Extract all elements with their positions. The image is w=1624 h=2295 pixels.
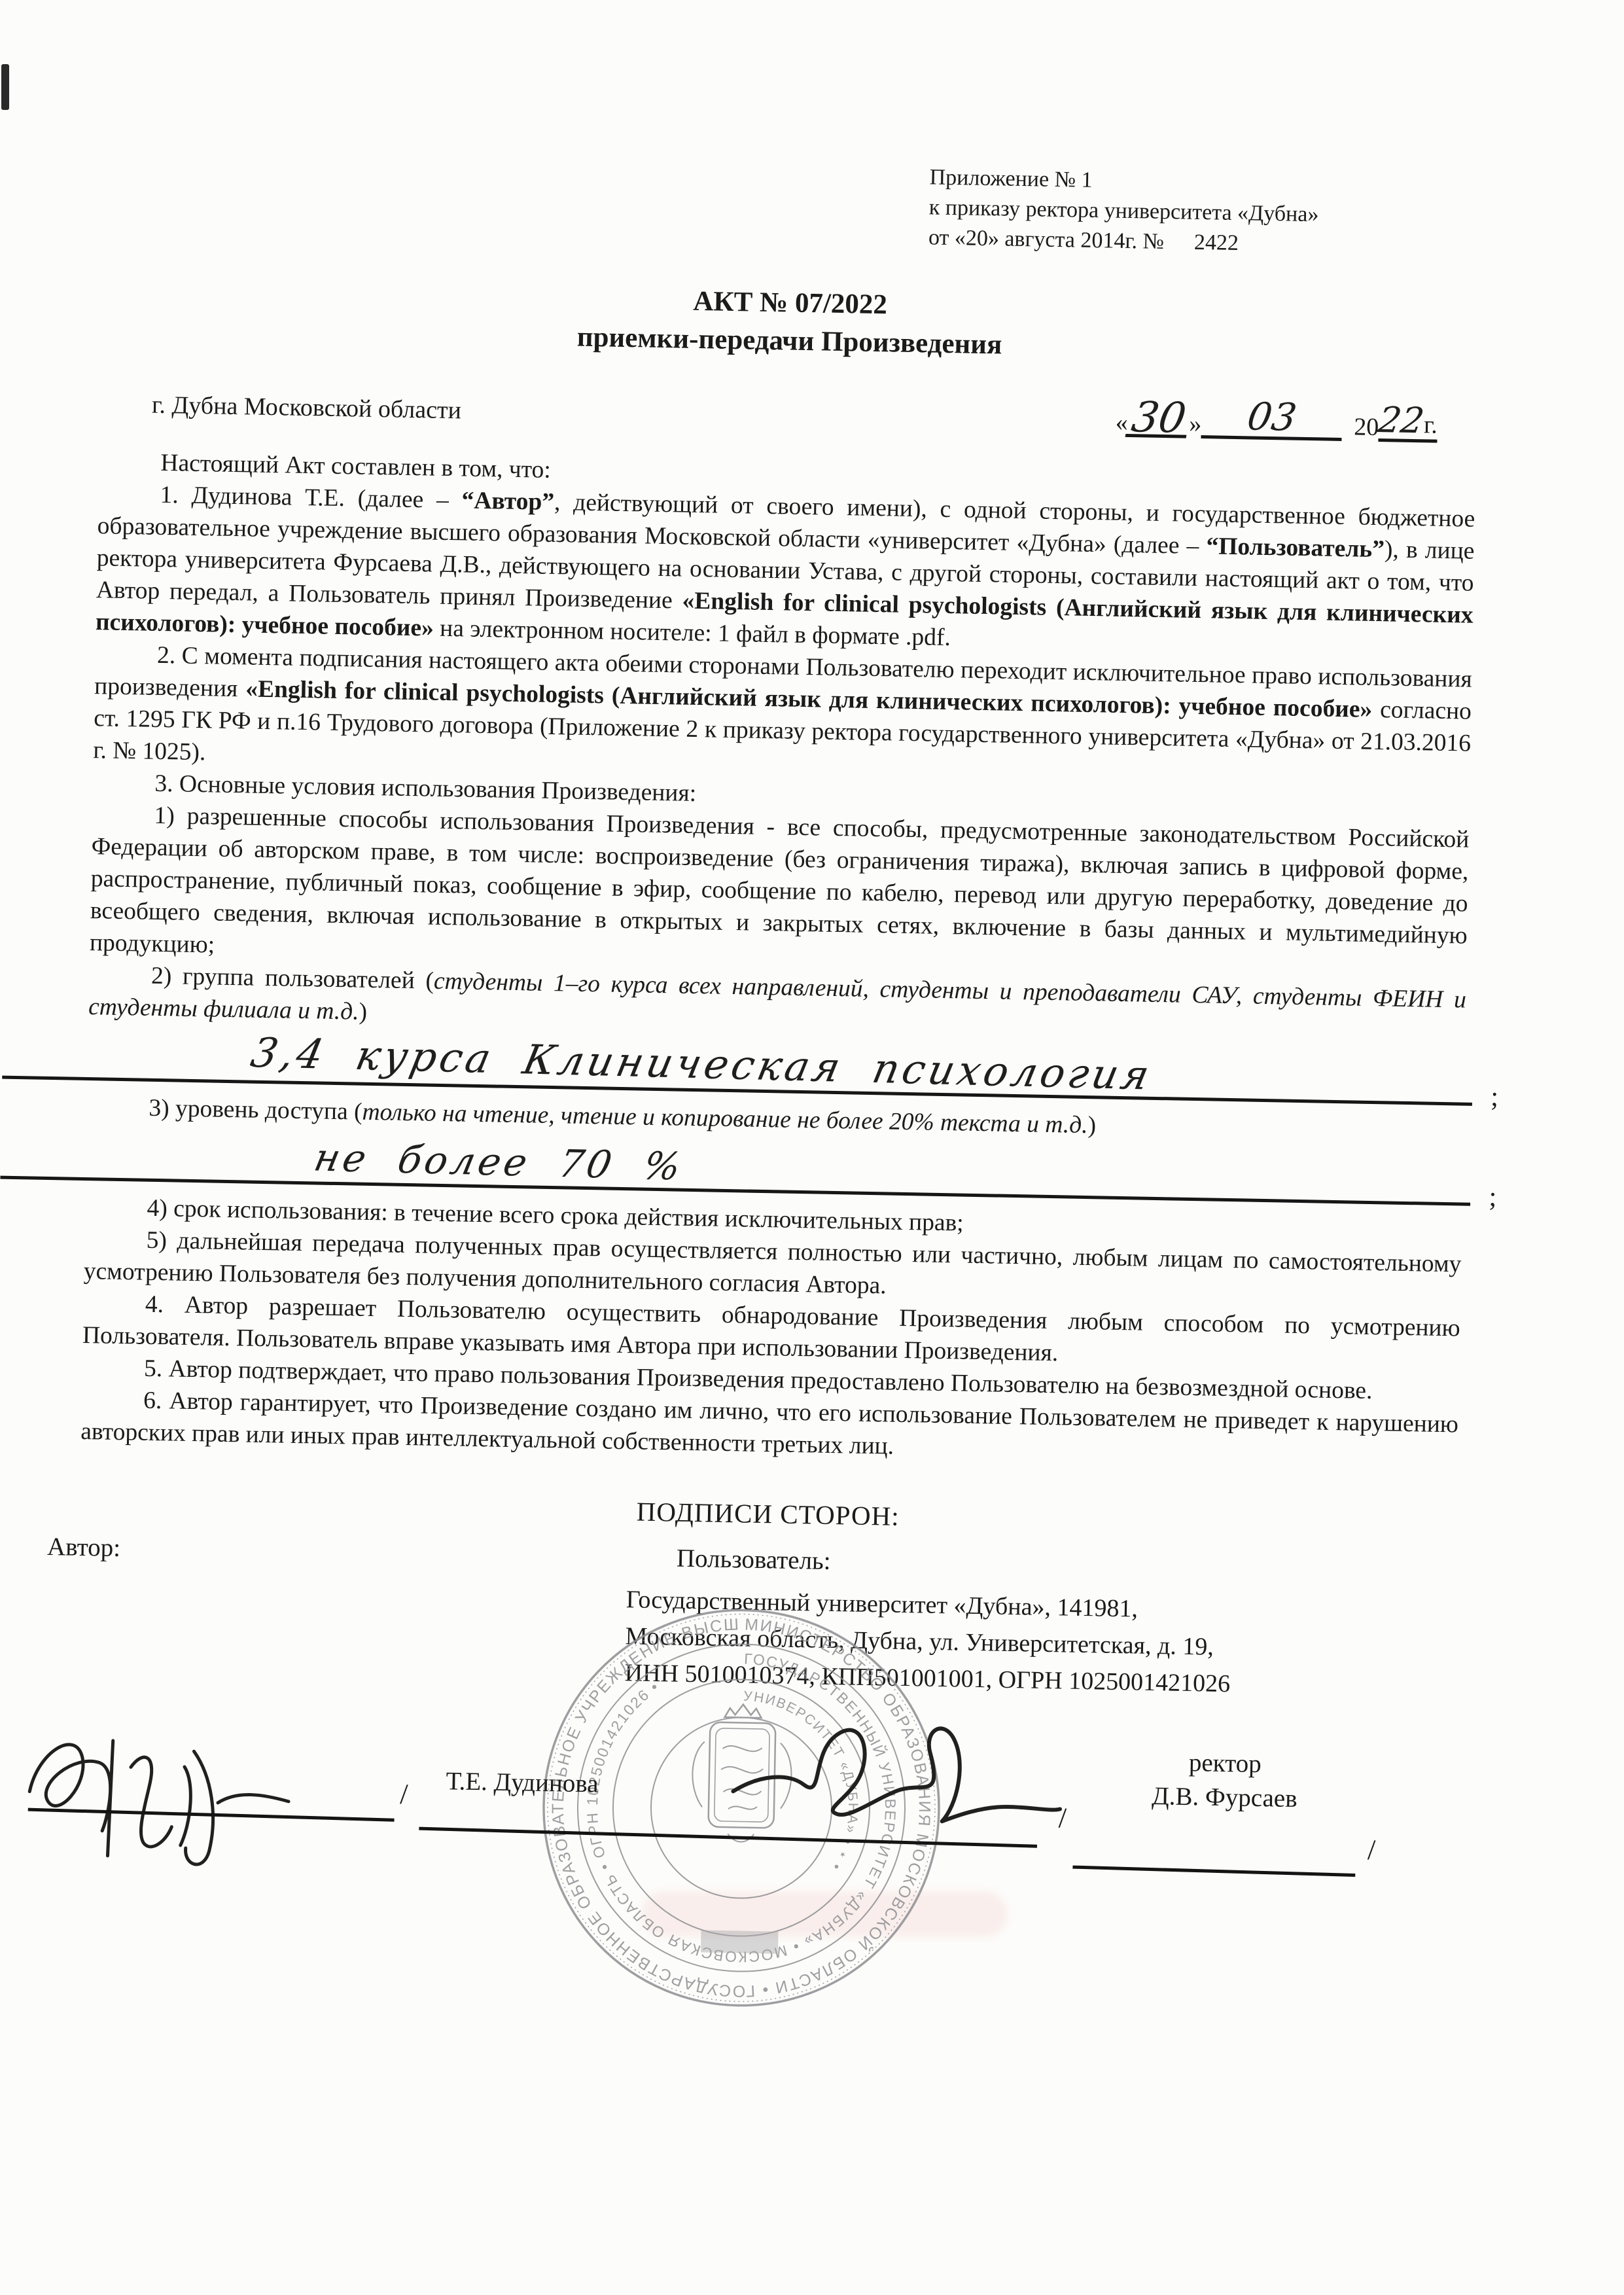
paragraph-1: 1. Дудинова Т.Е. (далее – “Автор”, дейст…: [96, 478, 1475, 664]
rector-name-line: [1072, 1866, 1355, 1877]
author-signature: [16, 1693, 301, 1881]
document-title: АКТ № 07/2022 приемки-передачи Произведе…: [101, 272, 1479, 373]
separator-slash: /: [1058, 1801, 1067, 1834]
order-number: 2422: [1194, 228, 1239, 258]
signature-strip: МИНИСТЕРСТВО ОБРАЗОВАНИЯ МОСКОВСКОЙ ОБЛА…: [71, 1720, 1453, 1995]
date-field: «30» 03 2022г.: [1116, 399, 1438, 443]
separator-slash: /: [1368, 1833, 1376, 1866]
scan-artifact: [1, 64, 9, 110]
rector-title: ректор: [1087, 1744, 1363, 1783]
user-label: Пользователь:: [677, 1544, 832, 1576]
rector-name: Д.В. Фурсаев: [1087, 1778, 1362, 1817]
paragraph-2: 2. С момента подписания настоящего акта …: [93, 638, 1472, 792]
place-date-row: г. Дубна Московской области «30» 03 2022…: [99, 380, 1477, 444]
handwritten-month-line: 03: [1201, 400, 1343, 441]
author-label: Автор:: [47, 1532, 121, 1563]
handwritten-year: 22г.: [1379, 406, 1438, 443]
scanned-document-page: Приложение № 1 к приказу ректора универс…: [0, 0, 1624, 2295]
rector-signature: [724, 1701, 1067, 1851]
subitem-1: 1) разрешенные способы использования Про…: [90, 798, 1470, 984]
document-content: Приложение № 1 к приказу ректора универс…: [71, 147, 1481, 1994]
close-quote: »: [1189, 410, 1202, 438]
city-label: г. Дубна Московской области: [152, 391, 462, 425]
separator-slash: /: [400, 1777, 408, 1811]
rector-block: ректор Д.В. Фурсаев: [1087, 1744, 1363, 1817]
appendix-header: Приложение № 1 к приказу ректора универс…: [928, 162, 1481, 262]
handwritten-access-level: не более 70 %: [311, 1135, 688, 1189]
signature-labels-row: Автор: Пользователь:: [79, 1533, 1456, 1588]
signatures-heading: ПОДПИСИ СТОРОН:: [79, 1486, 1457, 1542]
handwritten-day: 30: [1125, 401, 1192, 438]
author-name: Т.Е. Дудинова: [446, 1766, 599, 1798]
